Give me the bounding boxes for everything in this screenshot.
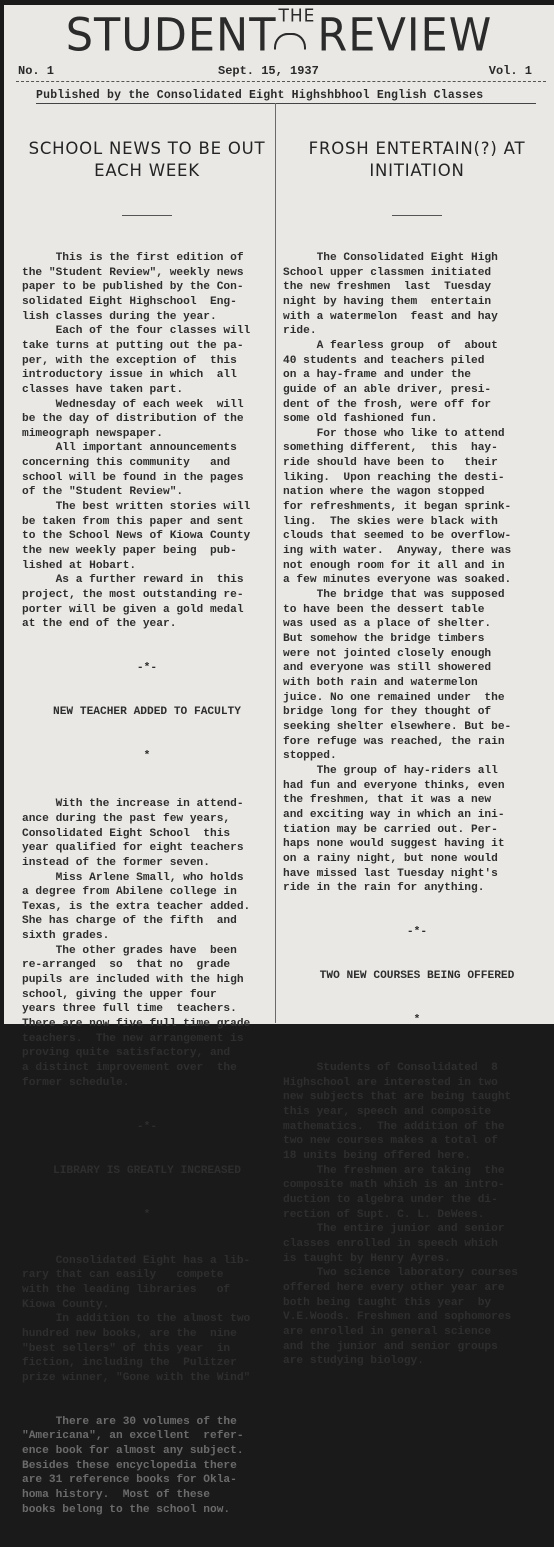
masthead: STUDENTTHEREVIEW No. 1 Sept. 15, 1937 Vo… [4, 5, 554, 75]
separator: -*- [283, 925, 551, 940]
headline-frosh: FROSH ENTERTAIN(?) AT INITIATION [283, 138, 551, 182]
article-school-news-body: This is the first edition of the "Studen… [22, 251, 272, 632]
arc-ornament-icon [274, 33, 306, 50]
separator: -*- [22, 661, 272, 676]
issue-number: No. 1 [18, 64, 54, 78]
publisher-line: Published by the Consolidated Eight High… [36, 89, 536, 104]
asterisk-marker: * [283, 1013, 551, 1024]
title-student: STUDENT [66, 10, 277, 63]
article-frosh-body: The Consolidated Eight High School upper… [283, 251, 551, 896]
right-column: FROSH ENTERTAIN(?) AT INITIATION The Con… [283, 109, 551, 1024]
masthead-rule [16, 81, 546, 82]
asterisk-marker: * [22, 749, 272, 764]
headline-rule [392, 215, 442, 216]
title-the: THE [278, 6, 315, 27]
left-column: SCHOOL NEWS TO BE OUT EACH WEEK This is … [22, 109, 272, 1024]
newspaper-title: STUDENTTHEREVIEW [4, 10, 554, 63]
headline-rule [122, 215, 172, 216]
headline-new-teacher: NEW TEACHER ADDED TO FACULTY [22, 705, 272, 720]
issue-date: Sept. 15, 1937 [218, 64, 319, 78]
newspaper-page: STUDENTTHEREVIEW No. 1 Sept. 15, 1937 Vo… [4, 5, 554, 1024]
issue-info-row: No. 1 Sept. 15, 1937 Vol. 1 [18, 64, 532, 80]
column-divider [275, 103, 276, 1023]
article-new-teacher-body: With the increase in attend- ance during… [22, 797, 272, 1024]
headline-school-news: SCHOOL NEWS TO BE OUT EACH WEEK [22, 138, 272, 182]
title-review: REVIEW [317, 10, 492, 63]
headline-new-courses: TWO NEW COURSES BEING OFFERED [283, 969, 551, 984]
volume-number: Vol. 1 [489, 64, 532, 78]
title-the-text: THE [278, 6, 315, 27]
